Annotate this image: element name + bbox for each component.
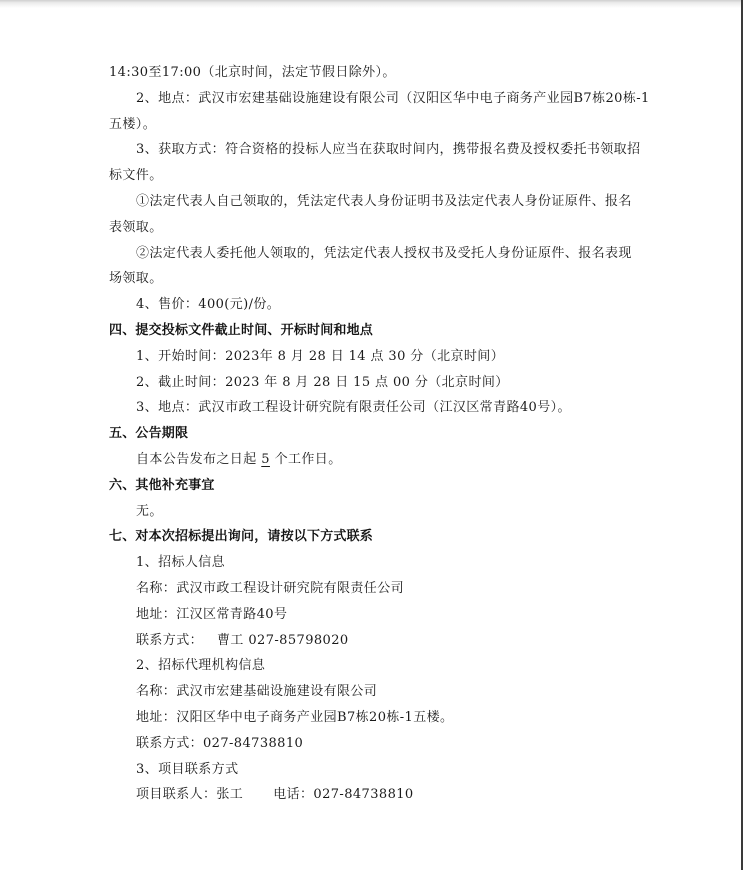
deadline-line: 2、截止时间：2023 年 8 月 28 日 15 点 00 分（北京时间） xyxy=(109,370,634,396)
option1-line-1: ①法定代表人自己领取的，凭法定代表人身份证明书及法定代表人身份证原件、报名 xyxy=(109,189,634,215)
project-contact-person: 项目联系人：张工 xyxy=(136,787,243,802)
notice-period-line: 自本公告发布之日起5个工作日。 xyxy=(109,447,634,473)
time-continuation-line: 14:30至17:00（北京时间，法定节假日除外）。 xyxy=(109,60,634,86)
location-line-1: 2、地点：武汉市宏建基础设施建设有限公司（汉阳区华中电子商务产业园B7栋20栋-… xyxy=(109,86,634,112)
option2-line-1: ②法定代表人委托他人领取的，凭法定代表人授权书及受托人身份证原件、报名表现 xyxy=(109,241,634,267)
supplement-text: 无。 xyxy=(109,499,634,525)
tenderer-contact: 联系方式：曹工 027-85798020 xyxy=(109,628,634,654)
document-page: 14:30至17:00（北京时间，法定节假日除外）。 2、地点：武汉市宏建基础设… xyxy=(109,60,634,808)
notice-period-prefix: 自本公告发布之日起 xyxy=(136,452,257,467)
page-top-shadow xyxy=(0,0,741,8)
notice-period-suffix: 个工作日。 xyxy=(275,452,342,467)
opening-location-line: 3、地点：武汉市政工程设计研究院有限责任公司（江汉区常青路40号）。 xyxy=(109,395,634,421)
project-contact-title: 3、项目联系方式 xyxy=(109,757,634,783)
agency-title: 2、招标代理机构信息 xyxy=(109,653,634,679)
method-line-2: 标文件。 xyxy=(109,163,634,189)
method-line-1: 3、获取方式：符合资格的投标人应当在获取时间内，携带报名费及授权委托书领取招 xyxy=(109,137,634,163)
project-contact-line: 项目联系人：张工电话：027-84738810 xyxy=(109,782,634,808)
location-line-2: 五楼）。 xyxy=(109,112,634,138)
tenderer-contact-person: 曹工 xyxy=(217,633,244,648)
price-line: 4、售价：400(元)/份。 xyxy=(109,292,634,318)
start-time-line: 1、开始时间：2023年 8 月 28 日 14 点 30 分（北京时间） xyxy=(109,344,634,370)
tenderer-address: 地址：江汉区常青路40号 xyxy=(109,602,634,628)
section4-heading: 四、提交投标文件截止时间、开标时间和地点 xyxy=(109,318,634,344)
tenderer-name: 名称：武汉市政工程设计研究院有限责任公司 xyxy=(109,576,634,602)
notice-period-days: 5 xyxy=(257,447,275,473)
project-contact-phone: 电话：027-84738810 xyxy=(273,787,413,802)
tenderer-title: 1、招标人信息 xyxy=(109,550,634,576)
agency-contact: 联系方式：027-84738810 xyxy=(109,731,634,757)
agency-address: 地址：汉阳区华中电子商务产业园B7栋20栋-1五楼。 xyxy=(109,705,634,731)
agency-name: 名称：武汉市宏建基础设施建设有限公司 xyxy=(109,679,634,705)
option2-line-2: 场领取。 xyxy=(109,266,634,292)
section5-heading: 五、公告期限 xyxy=(109,421,634,447)
section6-heading: 六、其他补充事宜 xyxy=(109,473,634,499)
section7-heading: 七、对本次招标提出询问，请按以下方式联系 xyxy=(109,524,634,550)
option1-line-2: 表领取。 xyxy=(109,215,634,241)
tenderer-contact-phone: 027-85798020 xyxy=(248,633,348,648)
tenderer-contact-label: 联系方式： xyxy=(136,633,203,648)
